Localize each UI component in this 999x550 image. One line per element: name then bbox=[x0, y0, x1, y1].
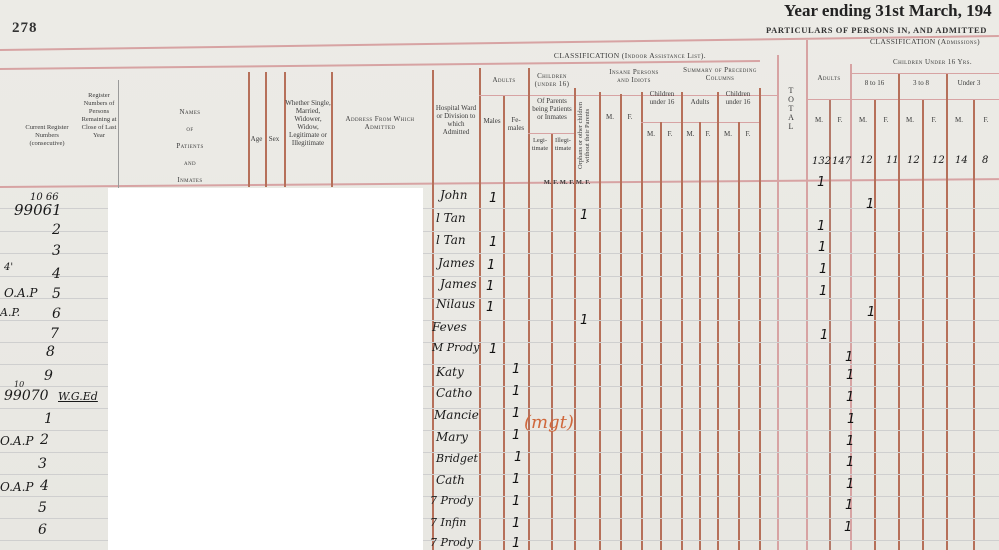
col-divider bbox=[829, 100, 831, 550]
col-divider bbox=[699, 122, 701, 550]
header-summary-children-2: Children under 16 bbox=[718, 90, 758, 106]
header-classification-indoor: CLASSIFICATION (Indoor Assistance List). bbox=[530, 52, 730, 60]
header-names-1: Names bbox=[150, 104, 230, 121]
header-names-4: and bbox=[150, 155, 230, 172]
ward-name: l Tan bbox=[436, 233, 466, 247]
page-number: 278 bbox=[12, 20, 38, 37]
header-age-8-16: 8 to 16 bbox=[852, 79, 897, 87]
header-names-2: of bbox=[150, 121, 230, 138]
header-insane: Insane Persons and Idiots bbox=[604, 68, 664, 84]
reg-number: 4 bbox=[40, 478, 49, 494]
reg-number: 6 bbox=[38, 522, 47, 538]
redacted-names-block bbox=[108, 188, 423, 550]
col-divider bbox=[503, 96, 505, 550]
ward-name: 7 Infin bbox=[430, 516, 466, 529]
tally-adult-male: 1 bbox=[489, 342, 497, 357]
reg-number: 2 bbox=[40, 432, 49, 448]
tally-adm-adult-f: 1 bbox=[846, 477, 854, 492]
header-current-register: Current Register Numbers (consecutive) bbox=[22, 124, 72, 148]
header-names: Names of Patients and Inmates bbox=[150, 104, 230, 189]
tally-orphan: 1 bbox=[580, 313, 588, 328]
reg-number: 3 bbox=[38, 456, 47, 472]
tally-adm-adult-m: 1 bbox=[820, 328, 828, 343]
header-adm-f: F. bbox=[830, 116, 850, 124]
ward-name: James bbox=[440, 277, 477, 291]
header-rule-top bbox=[0, 35, 999, 50]
total-38-f: 12 bbox=[932, 155, 945, 166]
reg-prefix: O.A.P bbox=[0, 480, 34, 494]
ward-name: Cath bbox=[436, 473, 465, 487]
tally-adm-adult-m: 1 bbox=[818, 240, 826, 255]
ward-name: Katy bbox=[436, 365, 464, 379]
reg-note: W.G.Ed bbox=[58, 390, 98, 403]
col-divider bbox=[574, 88, 576, 550]
col-divider bbox=[660, 122, 662, 550]
tally-adult-female: 1 bbox=[512, 406, 520, 421]
reg-number: 99070 bbox=[4, 388, 49, 404]
tally-adm-adult-f: 1 bbox=[845, 498, 853, 513]
ward-name: 7 Prody bbox=[430, 536, 473, 549]
reg-number: 8 bbox=[46, 344, 55, 360]
tally-adm-adult-f: 1 bbox=[846, 368, 854, 383]
header-illegitimate: Illegi-timate bbox=[552, 137, 574, 153]
tally-adult-female: 1 bbox=[512, 472, 520, 487]
ward-name: Catho bbox=[436, 386, 472, 400]
header-age: Age bbox=[248, 135, 265, 143]
tally-adult-male: 1 bbox=[486, 300, 494, 315]
total-u3-m: 14 bbox=[955, 155, 968, 166]
col-divider bbox=[248, 72, 250, 187]
register-page: 278 Year ending 31st March, 194 PARTICUL… bbox=[0, 0, 999, 550]
col-divider bbox=[738, 122, 740, 550]
col-divider bbox=[759, 88, 761, 550]
col-divider bbox=[432, 70, 434, 550]
reg-number: 1 bbox=[44, 411, 53, 427]
header-insane-f: F. bbox=[620, 113, 640, 121]
total-38-m: 12 bbox=[907, 155, 920, 166]
header-children: Children (under 16) bbox=[530, 72, 574, 88]
header-adults: Adults bbox=[480, 76, 528, 84]
header-orphans: Orphans or other children without their … bbox=[577, 96, 597, 176]
header-register-remaining: Register Numbers of Persons Remaining at… bbox=[80, 92, 118, 140]
col-divider bbox=[620, 94, 622, 550]
reg-number: 3 bbox=[52, 243, 61, 259]
header-sex: Sex bbox=[265, 135, 283, 143]
header-sum2-f: F. bbox=[699, 130, 717, 138]
col-divider-red bbox=[777, 55, 779, 550]
header-legitimate: Legi-timate bbox=[529, 137, 551, 153]
reg-number: 4 bbox=[52, 266, 61, 282]
header-816-m: M. bbox=[853, 116, 873, 124]
header-subrule bbox=[852, 73, 999, 74]
reg-number: 99061 bbox=[14, 201, 62, 219]
tally-adm-adult-m: 1 bbox=[819, 262, 827, 277]
header-mf-row: M. F. M. F. M. F. bbox=[534, 179, 600, 187]
header-age-3-8: 3 to 8 bbox=[898, 79, 944, 87]
header-38-f: F. bbox=[923, 116, 945, 124]
header-ward: Hospital Ward or Division to which Admit… bbox=[434, 104, 478, 136]
header-summary-adults: Adults bbox=[682, 98, 718, 106]
header-total: TOTAL bbox=[786, 86, 796, 131]
tally-adult-female: 1 bbox=[512, 494, 520, 509]
tally-adm-816-m: 1 bbox=[866, 197, 874, 212]
ward-name: Mary bbox=[436, 430, 468, 444]
header-summary-children-1: Children under 16 bbox=[642, 90, 682, 106]
tally-adm-adult-f: 1 bbox=[846, 434, 854, 449]
ward-name: Feves bbox=[432, 320, 467, 334]
tally-adult-female: 1 bbox=[512, 428, 520, 443]
ward-name: M Prody bbox=[432, 341, 479, 354]
tally-adm-adult-m: 1 bbox=[819, 284, 827, 299]
header-sum2-m: M. bbox=[682, 130, 699, 138]
tally-adm-adult-f: 1 bbox=[844, 520, 852, 535]
header-classification-admissions: CLASSIFICATION (Admissions) bbox=[855, 38, 995, 46]
tally-adult-male: 1 bbox=[489, 191, 497, 206]
header-of-parents: Of Parents being Patients or Inmates bbox=[530, 97, 574, 121]
tally-adult-female: 1 bbox=[512, 516, 520, 531]
tally-adult-female: 1 bbox=[512, 362, 520, 377]
ward-name: James bbox=[438, 256, 475, 270]
col-divider bbox=[898, 74, 900, 550]
header-address: Address From Which Admitted bbox=[345, 115, 415, 131]
header-names-5: Inmates bbox=[150, 172, 230, 189]
tally-adult-female: 1 bbox=[512, 536, 520, 550]
header-sum3-m: M. bbox=[718, 130, 738, 138]
col-divider bbox=[681, 92, 683, 550]
header-age-under3: Under 3 bbox=[944, 79, 994, 87]
tally-adm-adult-f: 1 bbox=[846, 455, 854, 470]
reg-prefix: O.A.P bbox=[4, 286, 38, 300]
header-816-f: F. bbox=[875, 116, 897, 124]
col-divider bbox=[599, 92, 601, 550]
header-sum1-f: F. bbox=[660, 130, 680, 138]
header-subrule bbox=[806, 99, 999, 100]
header-u3-m: M. bbox=[947, 116, 971, 124]
header-females: Fe-males bbox=[504, 116, 528, 132]
tally-adm-adult-f: 1 bbox=[847, 412, 855, 427]
total-u3-f: 8 bbox=[982, 155, 988, 166]
ward-name: Bridget bbox=[436, 452, 478, 465]
header-sum3-f: F. bbox=[738, 130, 758, 138]
header-marital: Whether Single, Married, Widower, Widow,… bbox=[285, 99, 331, 147]
tally-adm-adult-f: 1 bbox=[846, 390, 854, 405]
col-divider bbox=[265, 72, 267, 187]
tally-adult-male: 1 bbox=[487, 258, 495, 273]
tally-adm-adult-m: 1 bbox=[817, 219, 825, 234]
header-children-under16-yrs: Children Under 16 Yrs. bbox=[870, 58, 995, 66]
ward-name: Nilaus bbox=[436, 297, 475, 311]
tally-adm-adult-m: 1 bbox=[817, 175, 825, 190]
header-38-m: M. bbox=[899, 116, 921, 124]
col-divider bbox=[973, 100, 975, 550]
reg-number: 6 bbox=[52, 306, 61, 322]
ward-name: Mancie bbox=[434, 408, 479, 422]
col-divider bbox=[641, 92, 643, 550]
reg-prefix: A.P. bbox=[0, 306, 20, 319]
header-names-3: Patients bbox=[150, 138, 230, 155]
total-adults-f: 147 bbox=[832, 156, 851, 167]
reg-number: 7 bbox=[50, 326, 59, 342]
tally-adult-female: 1 bbox=[512, 384, 520, 399]
header-adm-adults: Adults bbox=[808, 74, 850, 82]
header-adm-m: M. bbox=[810, 116, 828, 124]
col-divider bbox=[922, 100, 924, 550]
col-divider bbox=[331, 72, 333, 187]
tally-adult-male: 1 bbox=[486, 279, 494, 294]
header-summary: Summary of Preceding Columns bbox=[680, 66, 760, 82]
tally-adm-816-m: 1 bbox=[867, 305, 875, 320]
red-annotation: (mgt) bbox=[524, 412, 574, 433]
page-heading: Year ending 31st March, 194 bbox=[784, 1, 992, 21]
header-insane-m: M. bbox=[600, 113, 620, 121]
tally-adm-adult-f: 1 bbox=[845, 350, 853, 365]
reg-number: 2 bbox=[52, 222, 61, 238]
reg-number: 5 bbox=[52, 286, 61, 302]
header-sum1-m: M. bbox=[642, 130, 660, 138]
header-males: Males bbox=[481, 117, 503, 125]
reg-prefix: 4' bbox=[4, 262, 13, 273]
reg-prefix: O.A.P bbox=[0, 434, 34, 448]
ward-name: l Tan bbox=[436, 211, 466, 225]
col-divider bbox=[717, 92, 719, 550]
header-subrule bbox=[641, 122, 761, 123]
ward-name: 7 Prody bbox=[430, 494, 473, 507]
total-adults-m: 132 bbox=[812, 156, 831, 167]
col-divider bbox=[874, 100, 876, 550]
reg-number: 5 bbox=[38, 500, 47, 516]
ward-name: John bbox=[440, 188, 468, 202]
col-divider bbox=[479, 68, 481, 550]
header-u3-f: F. bbox=[974, 116, 998, 124]
col-divider bbox=[946, 74, 948, 550]
total-816-m: 12 bbox=[860, 155, 873, 166]
tally-orphan: 1 bbox=[580, 208, 588, 223]
page-subheading: PARTICULARS OF PERSONS IN, AND ADMITTED bbox=[766, 25, 987, 35]
reg-number: 9 bbox=[44, 368, 53, 384]
tally-adult-female: 1 bbox=[514, 450, 522, 465]
tally-adult-male: 1 bbox=[489, 235, 497, 250]
total-816-f: 11 bbox=[886, 155, 899, 166]
